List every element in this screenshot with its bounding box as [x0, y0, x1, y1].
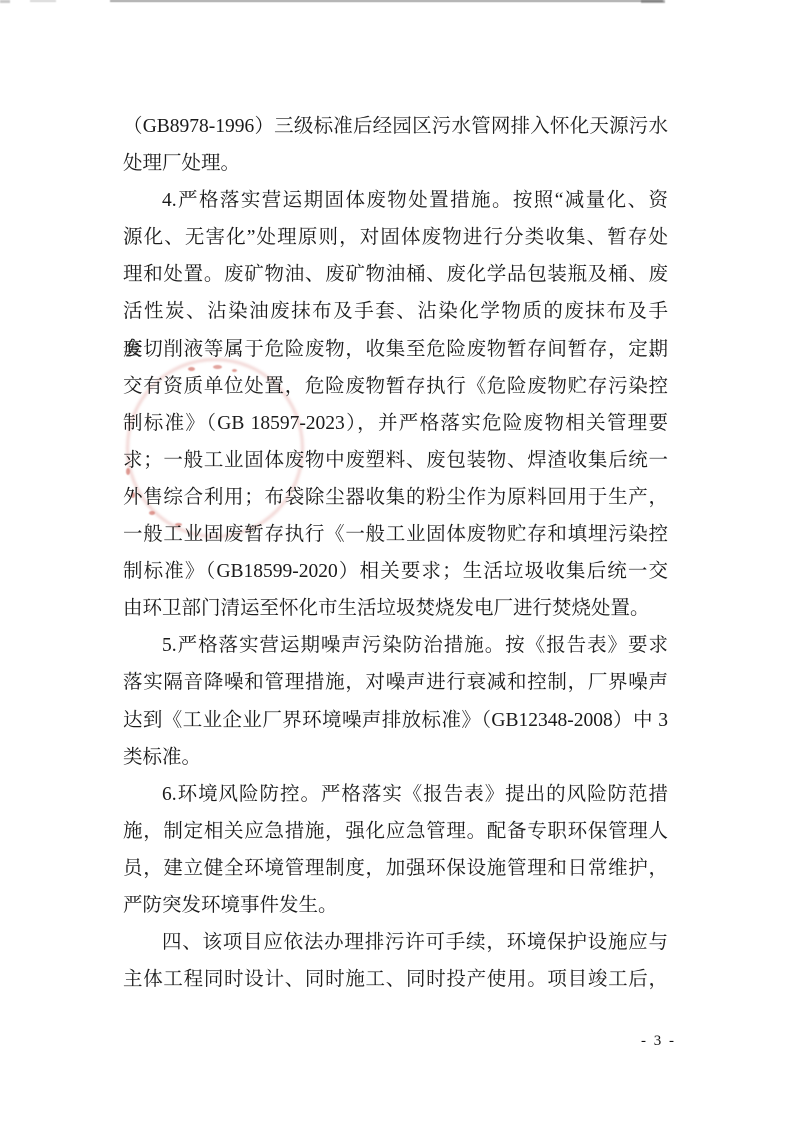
- text-line: 类标准。: [123, 739, 668, 776]
- text-line: 主体工程同时设计、同时施工、同时投产使用。项目竣工后，: [123, 961, 668, 998]
- text-line: 外售综合利用；布袋除尘器收集的粉尘作为原料回用于生产，: [123, 479, 668, 516]
- text-line: 制标准》（GB18599-2020）相关要求；生活垃圾收集后统一交: [123, 553, 668, 590]
- scan-artifact-top-edge: [110, 0, 663, 2]
- text-line: 达到《工业企业厂界环境噪声排放标准》（GB12348-2008）中 3: [123, 702, 668, 739]
- document-text-block: （GB8978-1996）三级标准后经园区污水管网排入怀化天源污水处理厂处理。4…: [123, 108, 668, 998]
- text-line: 落实隔音降噪和管理措施，对噪声进行衰减和控制，厂界噪声: [123, 664, 668, 701]
- text-line: 制标准》（GB 18597-2023），并严格落实危险废物相关管理要: [123, 405, 668, 442]
- text-line: 求；一般工业固体废物中废塑料、废包装物、焊渣收集后统一: [123, 442, 668, 479]
- text-line: 废切削液等属于危险废物，收集至危险废物暂存间暂存，定期: [123, 331, 668, 368]
- text-line: 源化、无害化”处理原则，对固体废物进行分类收集、暂存处: [123, 219, 668, 256]
- text-line: 施，制定相关应急措施，强化应急管理。配备专职环保管理人: [123, 813, 668, 850]
- scan-artifact-top-edge: [30, 0, 56, 2]
- page-number: - 3 -: [641, 1033, 676, 1050]
- text-line: 员，建立健全环境管理制度，加强环保设施管理和日常维护，: [123, 850, 668, 887]
- text-line: 4.严格落实营运期固体废物处置措施。按照“减量化、资: [123, 182, 668, 219]
- scan-artifact-top-edge: [0, 0, 10, 3]
- text-line: 四、该项目应依法办理排污许可手续，环境保护设施应与: [123, 924, 668, 961]
- text-line: 一般工业固废暂存执行《一般工业固体废物贮存和填埋污染控: [123, 516, 668, 553]
- text-line: 交有资质单位处置，危险废物暂存执行《危险废物贮存污染控: [123, 368, 668, 405]
- text-line: 严防突发环境事件发生。: [123, 887, 668, 924]
- scanned-document-page: （GB8978-1996）三级标准后经园区污水管网排入怀化天源污水处理厂处理。4…: [0, 0, 793, 1122]
- scan-artifact-top-edge: [641, 0, 665, 3]
- text-line: 5.严格落实营运期噪声污染防治措施。按《报告表》要求: [123, 627, 668, 664]
- text-line: （GB8978-1996）三级标准后经园区污水管网排入怀化天源污水: [123, 108, 668, 145]
- text-line: 活性炭、沾染油废抹布及手套、沾染化学物质的废抹布及手套、: [123, 293, 668, 330]
- text-line: 由环卫部门清运至怀化市生活垃圾焚烧发电厂进行焚烧处置。: [123, 590, 668, 627]
- text-line: 6.环境风险防控。严格落实《报告表》提出的风险防范措: [123, 776, 668, 813]
- text-line: 理和处置。废矿物油、废矿物油桶、废化学品包装瓶及桶、废: [123, 256, 668, 293]
- text-line: 处理厂处理。: [123, 145, 668, 182]
